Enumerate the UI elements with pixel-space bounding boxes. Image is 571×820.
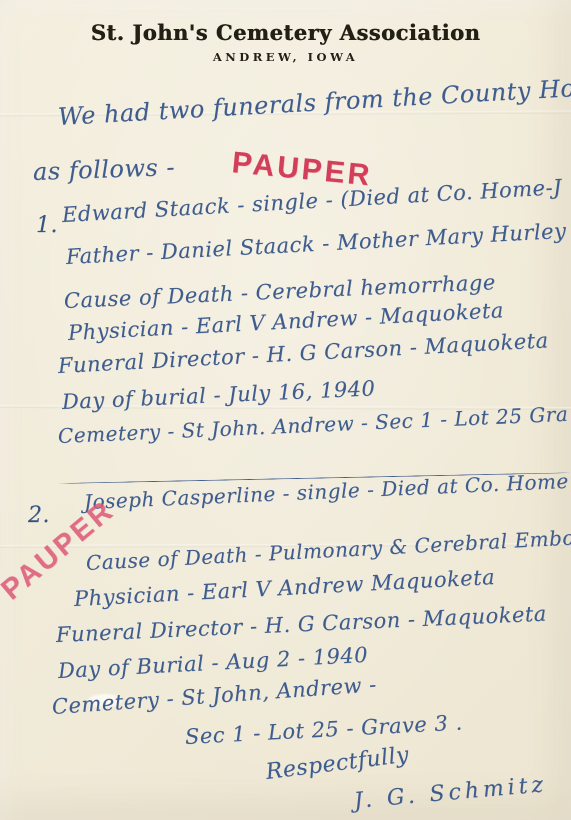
closing-signature: J. G. Schmitz	[353, 772, 548, 814]
letterhead-title: St. John's Cemetery Association	[0, 20, 571, 45]
letterhead-location: ANDREW, IOWA	[0, 50, 571, 64]
entry2-funeral-director-line: Funeral Director - H. G Carson - Maquoke…	[55, 602, 547, 647]
entry1-burial-line: Day of burial - July 16, 1940	[61, 376, 375, 414]
scanned-letter-page: St. John's Cemetery Association ANDREW, …	[0, 0, 571, 820]
entry2-name-line: Joseph Casperline - single - Died at Co.…	[83, 467, 571, 514]
closing-valediction: Respectfully	[264, 743, 410, 785]
entry2-number: 2.	[28, 503, 50, 528]
letterhead: St. John's Cemetery Association ANDREW, …	[0, 20, 571, 64]
intro-line-1: We had two funerals from the County Home	[57, 72, 571, 131]
entry2-cause-line: Cause of Death - Pulmonary & Cerebral Em…	[85, 522, 571, 575]
entry1-parents-line: Father - Daniel Staack - Mother Mary Hur…	[65, 219, 567, 269]
intro-line-2: as follows -	[33, 153, 176, 186]
entry1-number: 1.	[36, 213, 58, 238]
entry2-plot-line: Sec 1 - Lot 25 - Grave 3 .	[184, 710, 463, 749]
